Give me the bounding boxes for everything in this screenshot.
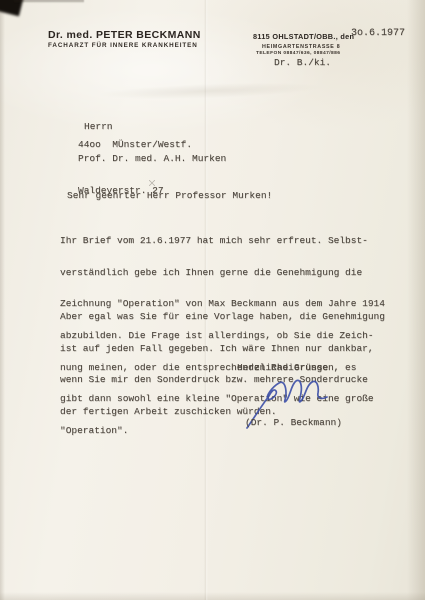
paper-edge-left <box>0 0 5 600</box>
letterhead-place-line: 8115 OHLSTADT/OBB., den <box>253 32 354 41</box>
letter-scan: Dr. med. PETER BECKMANN FACHARZT FÜR INN… <box>0 0 425 600</box>
recipient-city-line: 44oo MÜnster/Westf. <box>78 139 192 150</box>
letterhead-phone: TELEFON 08847/636, 08847/886 <box>256 51 340 56</box>
reference-line: Dr. B./ki. <box>274 57 331 68</box>
body-line: Aber egal was Sie für eine Vorlage haben… <box>60 312 385 323</box>
body-line: Ihr Brief vom 21.6.1977 hat mich sehr er… <box>60 236 385 247</box>
body-line: ist auf jeden Fall gegeben. Ich wäre Ihn… <box>60 344 385 355</box>
recipient-line: Prof. Dr. med. A.H. Murken <box>78 154 226 165</box>
photo-top-edge-shadow <box>14 0 84 3</box>
letterhead-street: HEIMGARTENSTRASSE 8 <box>262 44 340 50</box>
paper-edge-bottom <box>0 592 425 600</box>
recipient-line: Herrn <box>78 122 226 133</box>
letter-date: 3o.6.1977 <box>351 28 405 39</box>
body-line: verständlich gebe ich Ihnen gerne die Ge… <box>60 268 385 279</box>
paper-edge-right <box>407 0 425 600</box>
sender-title: FACHARZT FÜR INNERE KRANKHEITEN <box>48 42 198 49</box>
signer-name: (Dr. P. Beckmann) <box>245 417 342 428</box>
salutation: Sehr geehrter Herr Professor Murken! <box>67 190 272 201</box>
sender-name: Dr. med. PETER BECKMANN <box>48 29 201 41</box>
